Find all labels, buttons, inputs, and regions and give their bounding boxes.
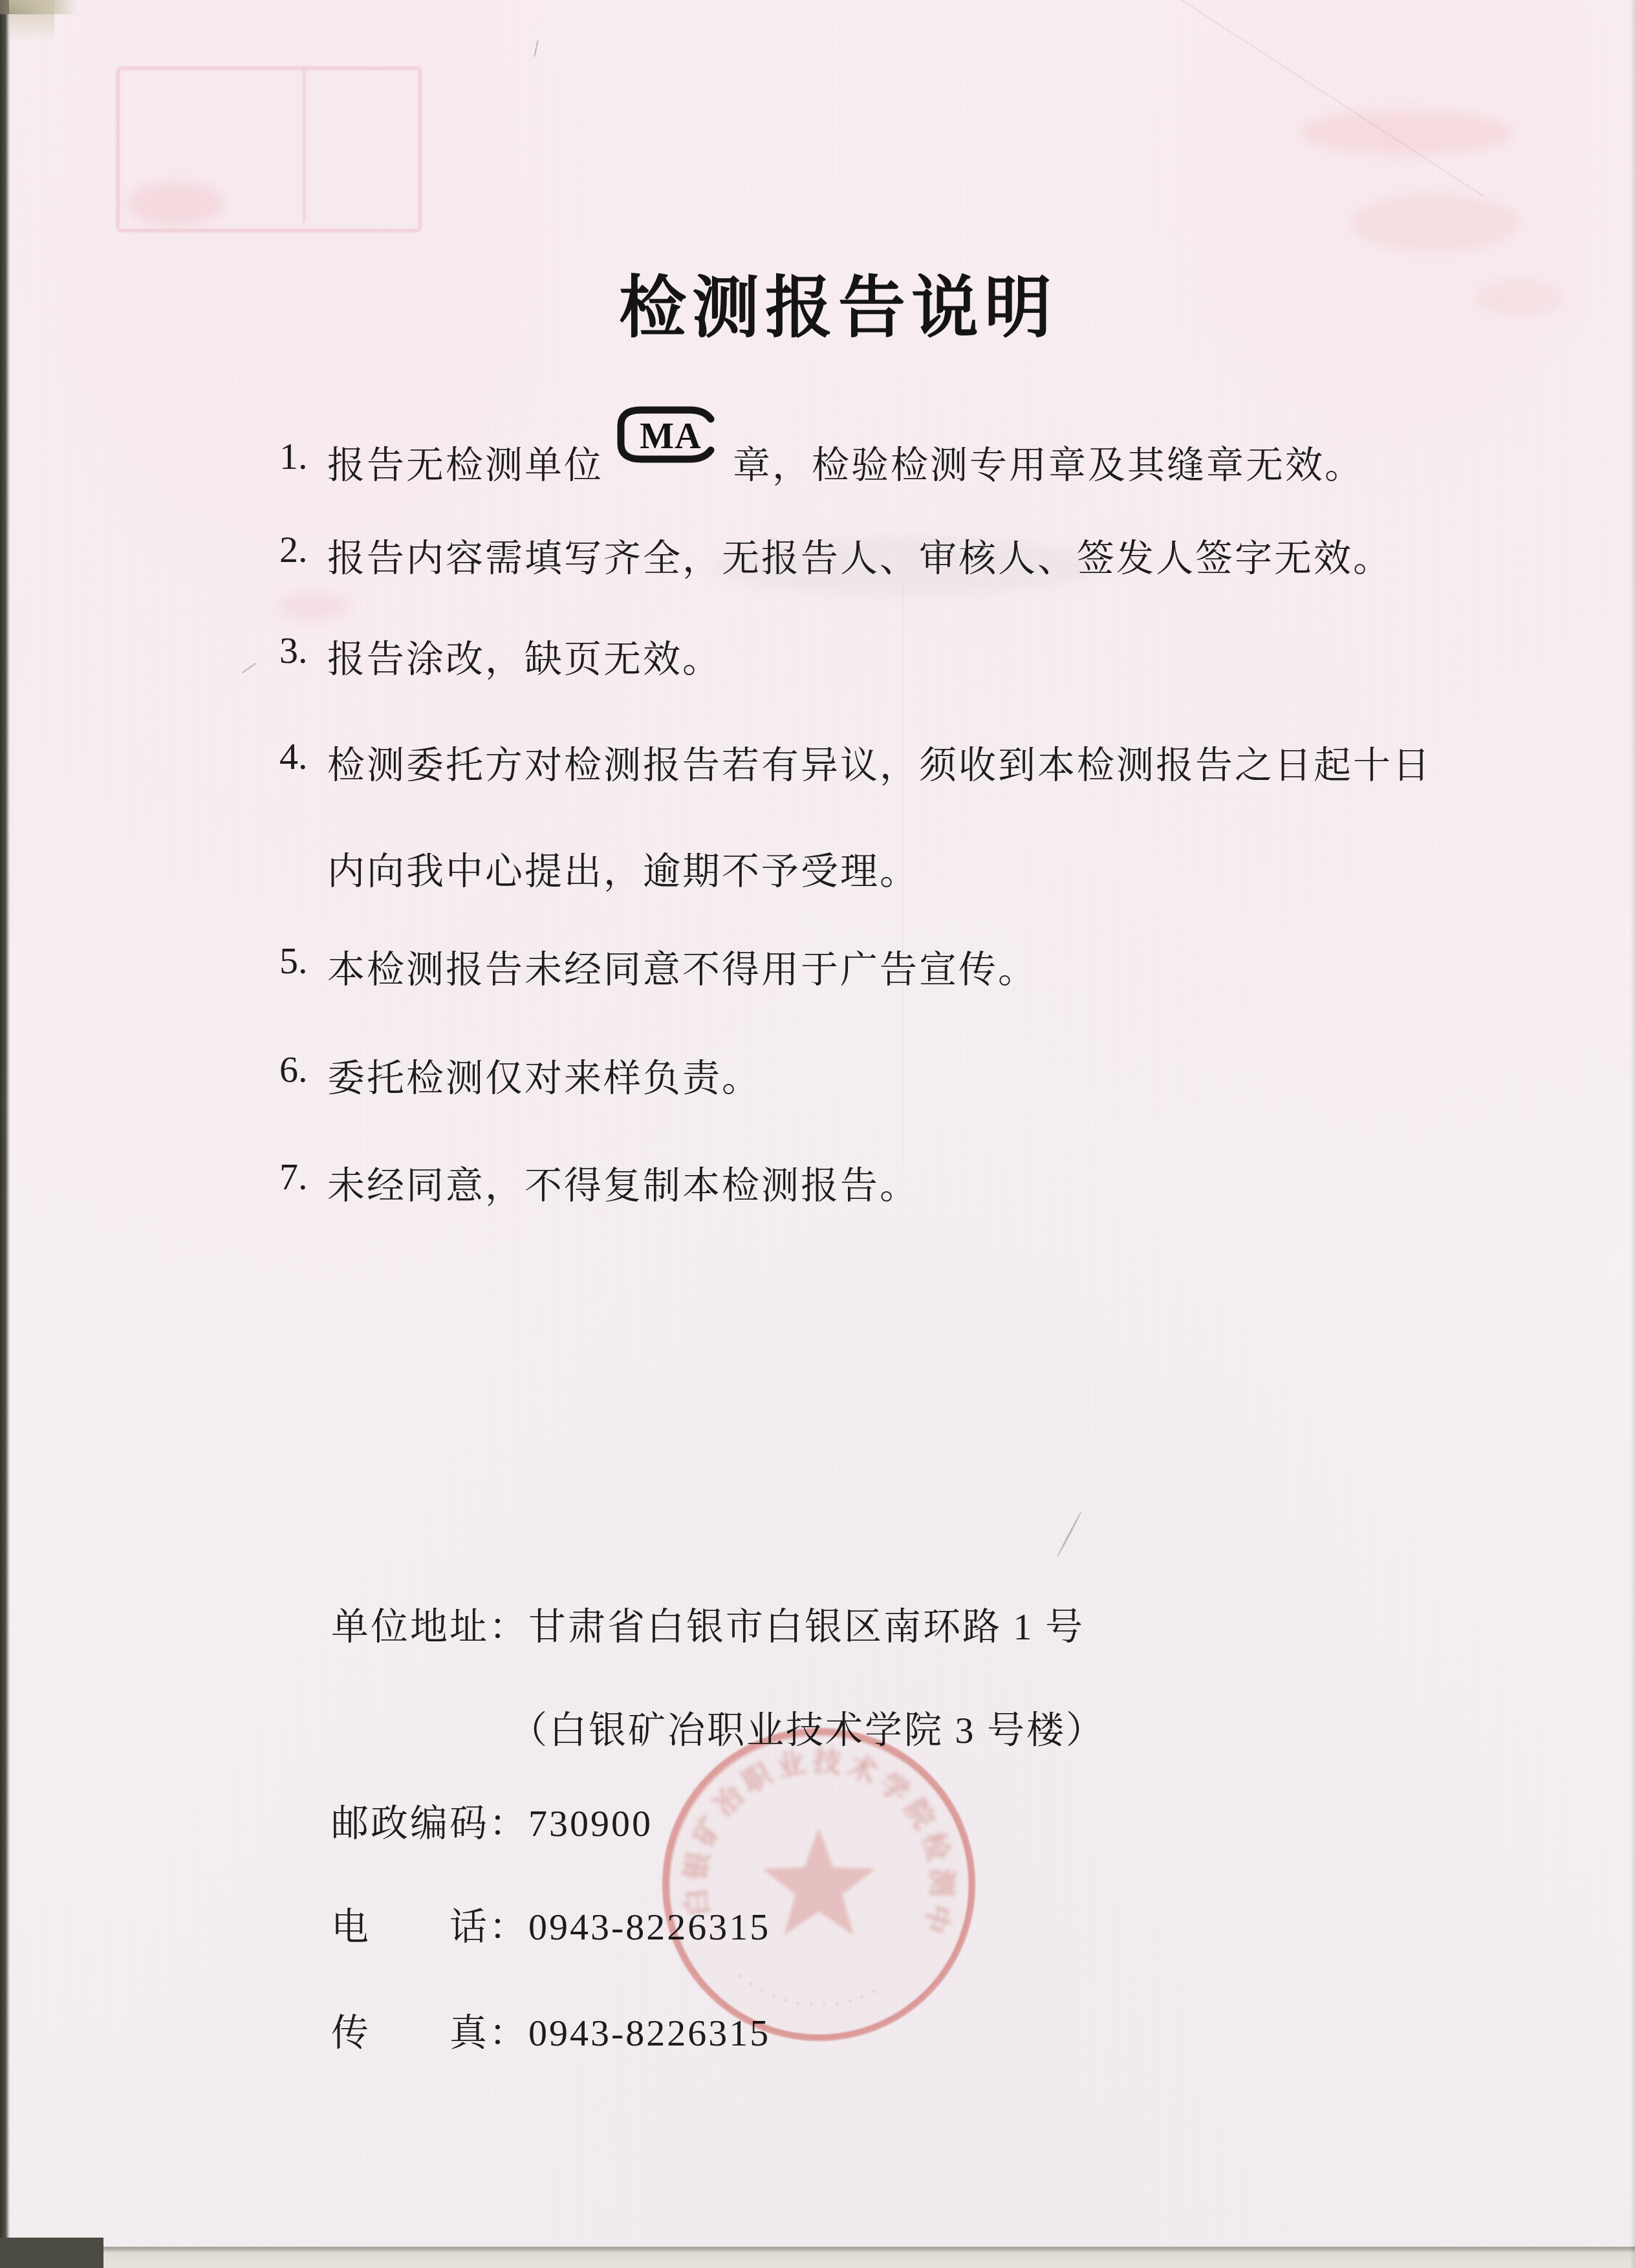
red-round-seal: 白银矿冶职业技术学院检测中心 ∙ ∙ ∙ ∙ ∙ ∙ ∙ ∙ ∙ ∙ ∙ ∙: [660, 1725, 979, 2045]
pink-smudge: [127, 181, 224, 226]
item-text: 报告涂改，缺页无效。: [327, 629, 722, 683]
item-number: 6.: [279, 1048, 327, 1091]
list-item-6: 6. 委托检测仅对来样负责。: [279, 1048, 761, 1102]
address-label: 单位地址：: [331, 1606, 528, 1648]
item-number: 4.: [279, 735, 327, 778]
pink-smudge: [278, 594, 349, 620]
item-number: 5.: [279, 939, 327, 982]
item-number: 3.: [279, 629, 327, 672]
scan-edge-bottom-dark: [0, 2238, 103, 2268]
pink-smudge: [1475, 278, 1565, 317]
list-item-4-line2: 内向我中心提出，逾期不予受理。: [327, 841, 919, 895]
item-text: 内向我中心提出，逾期不予受理。: [327, 841, 919, 895]
list-item-5: 5. 本检测报告未经同意不得用于广告宣传。: [279, 939, 1037, 993]
cma-certification-icon: MA: [615, 405, 724, 464]
item-number: 2.: [279, 528, 327, 571]
item-number: 1.: [279, 435, 327, 478]
item-text: 本检测报告未经同意不得用于广告宣传。: [327, 939, 1037, 993]
page-title: 检测报告说明: [619, 254, 1057, 351]
item-number: 7.: [279, 1155, 327, 1198]
pink-smudge: [1352, 194, 1520, 252]
phone-label: 电 话：: [331, 1906, 528, 1948]
item-text: 未经同意，不得复制本检测报告。: [327, 1155, 919, 1209]
scan-corner-top-left-shadow: [9, 0, 54, 41]
postal-value: 730900: [528, 1802, 653, 1844]
paper-fiber: [1056, 1511, 1082, 1557]
address-value: 甘肃省白银市白银区南环路 1 号: [528, 1606, 1085, 1648]
item-text: 报告内容需填写齐全，无报告人、审核人、签发人签字无效。: [327, 528, 1392, 582]
scan-edge-left: [0, 0, 10, 2268]
item-text: 章，检验检测专用章及其缝章无效。: [733, 435, 1364, 489]
item-text: 报告无检测单位: [327, 435, 603, 489]
item-text: 委托检测仅对来样负责。: [327, 1048, 761, 1102]
postal-label: 邮政编码：: [331, 1802, 528, 1844]
fax-label: 传 真：: [331, 2012, 528, 2054]
list-item-2: 2. 报告内容需填写齐全，无报告人、审核人、签发人签字无效。: [279, 528, 1392, 582]
contact-address-row: 单位地址：甘肃省白银市白银区南环路 1 号: [331, 1596, 1085, 1650]
paper-crease: [902, 582, 904, 1164]
pink-smudge: [1300, 110, 1513, 155]
list-item-3: 3. 报告涂改，缺页无效。: [279, 629, 722, 683]
scan-edge-bottom: [0, 2247, 1635, 2268]
item-text: 检测委托方对检测报告若有异议，须收到本检测报告之日起十日: [327, 735, 1432, 789]
scan-edge-right: [1630, 0, 1635, 2268]
paper-fiber: [534, 40, 538, 57]
paper-crease: [1180, 0, 1484, 197]
paper-fiber: [242, 663, 256, 674]
contact-postal-row: 邮政编码：730900: [331, 1793, 653, 1847]
list-item-1: 1. 报告无检测单位 MA 章，检验检测专用章及其缝章无效。: [279, 435, 1364, 489]
faint-stamp-box-divider: [303, 70, 306, 222]
list-item-7: 7. 未经同意，不得复制本检测报告。: [279, 1155, 919, 1209]
scanned-document-page: 检测报告说明 1. 报告无检测单位 MA 章，检验检测专用章及其缝章无效。 2.…: [0, 0, 1635, 2268]
cma-letters: MA: [640, 416, 701, 457]
list-item-4: 4. 检测委托方对检测报告若有异议，须收到本检测报告之日起十日: [279, 735, 1432, 789]
